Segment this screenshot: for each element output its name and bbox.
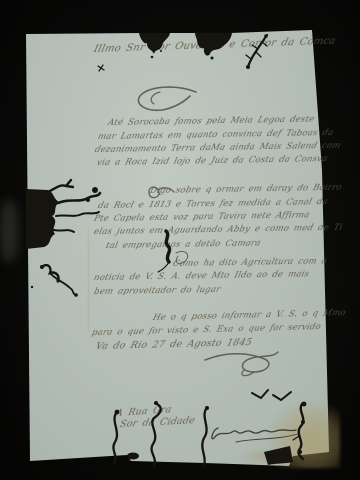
bottom-stain	[238, 448, 298, 466]
fold-crease	[88, 228, 89, 332]
background-smudge	[0, 200, 18, 262]
